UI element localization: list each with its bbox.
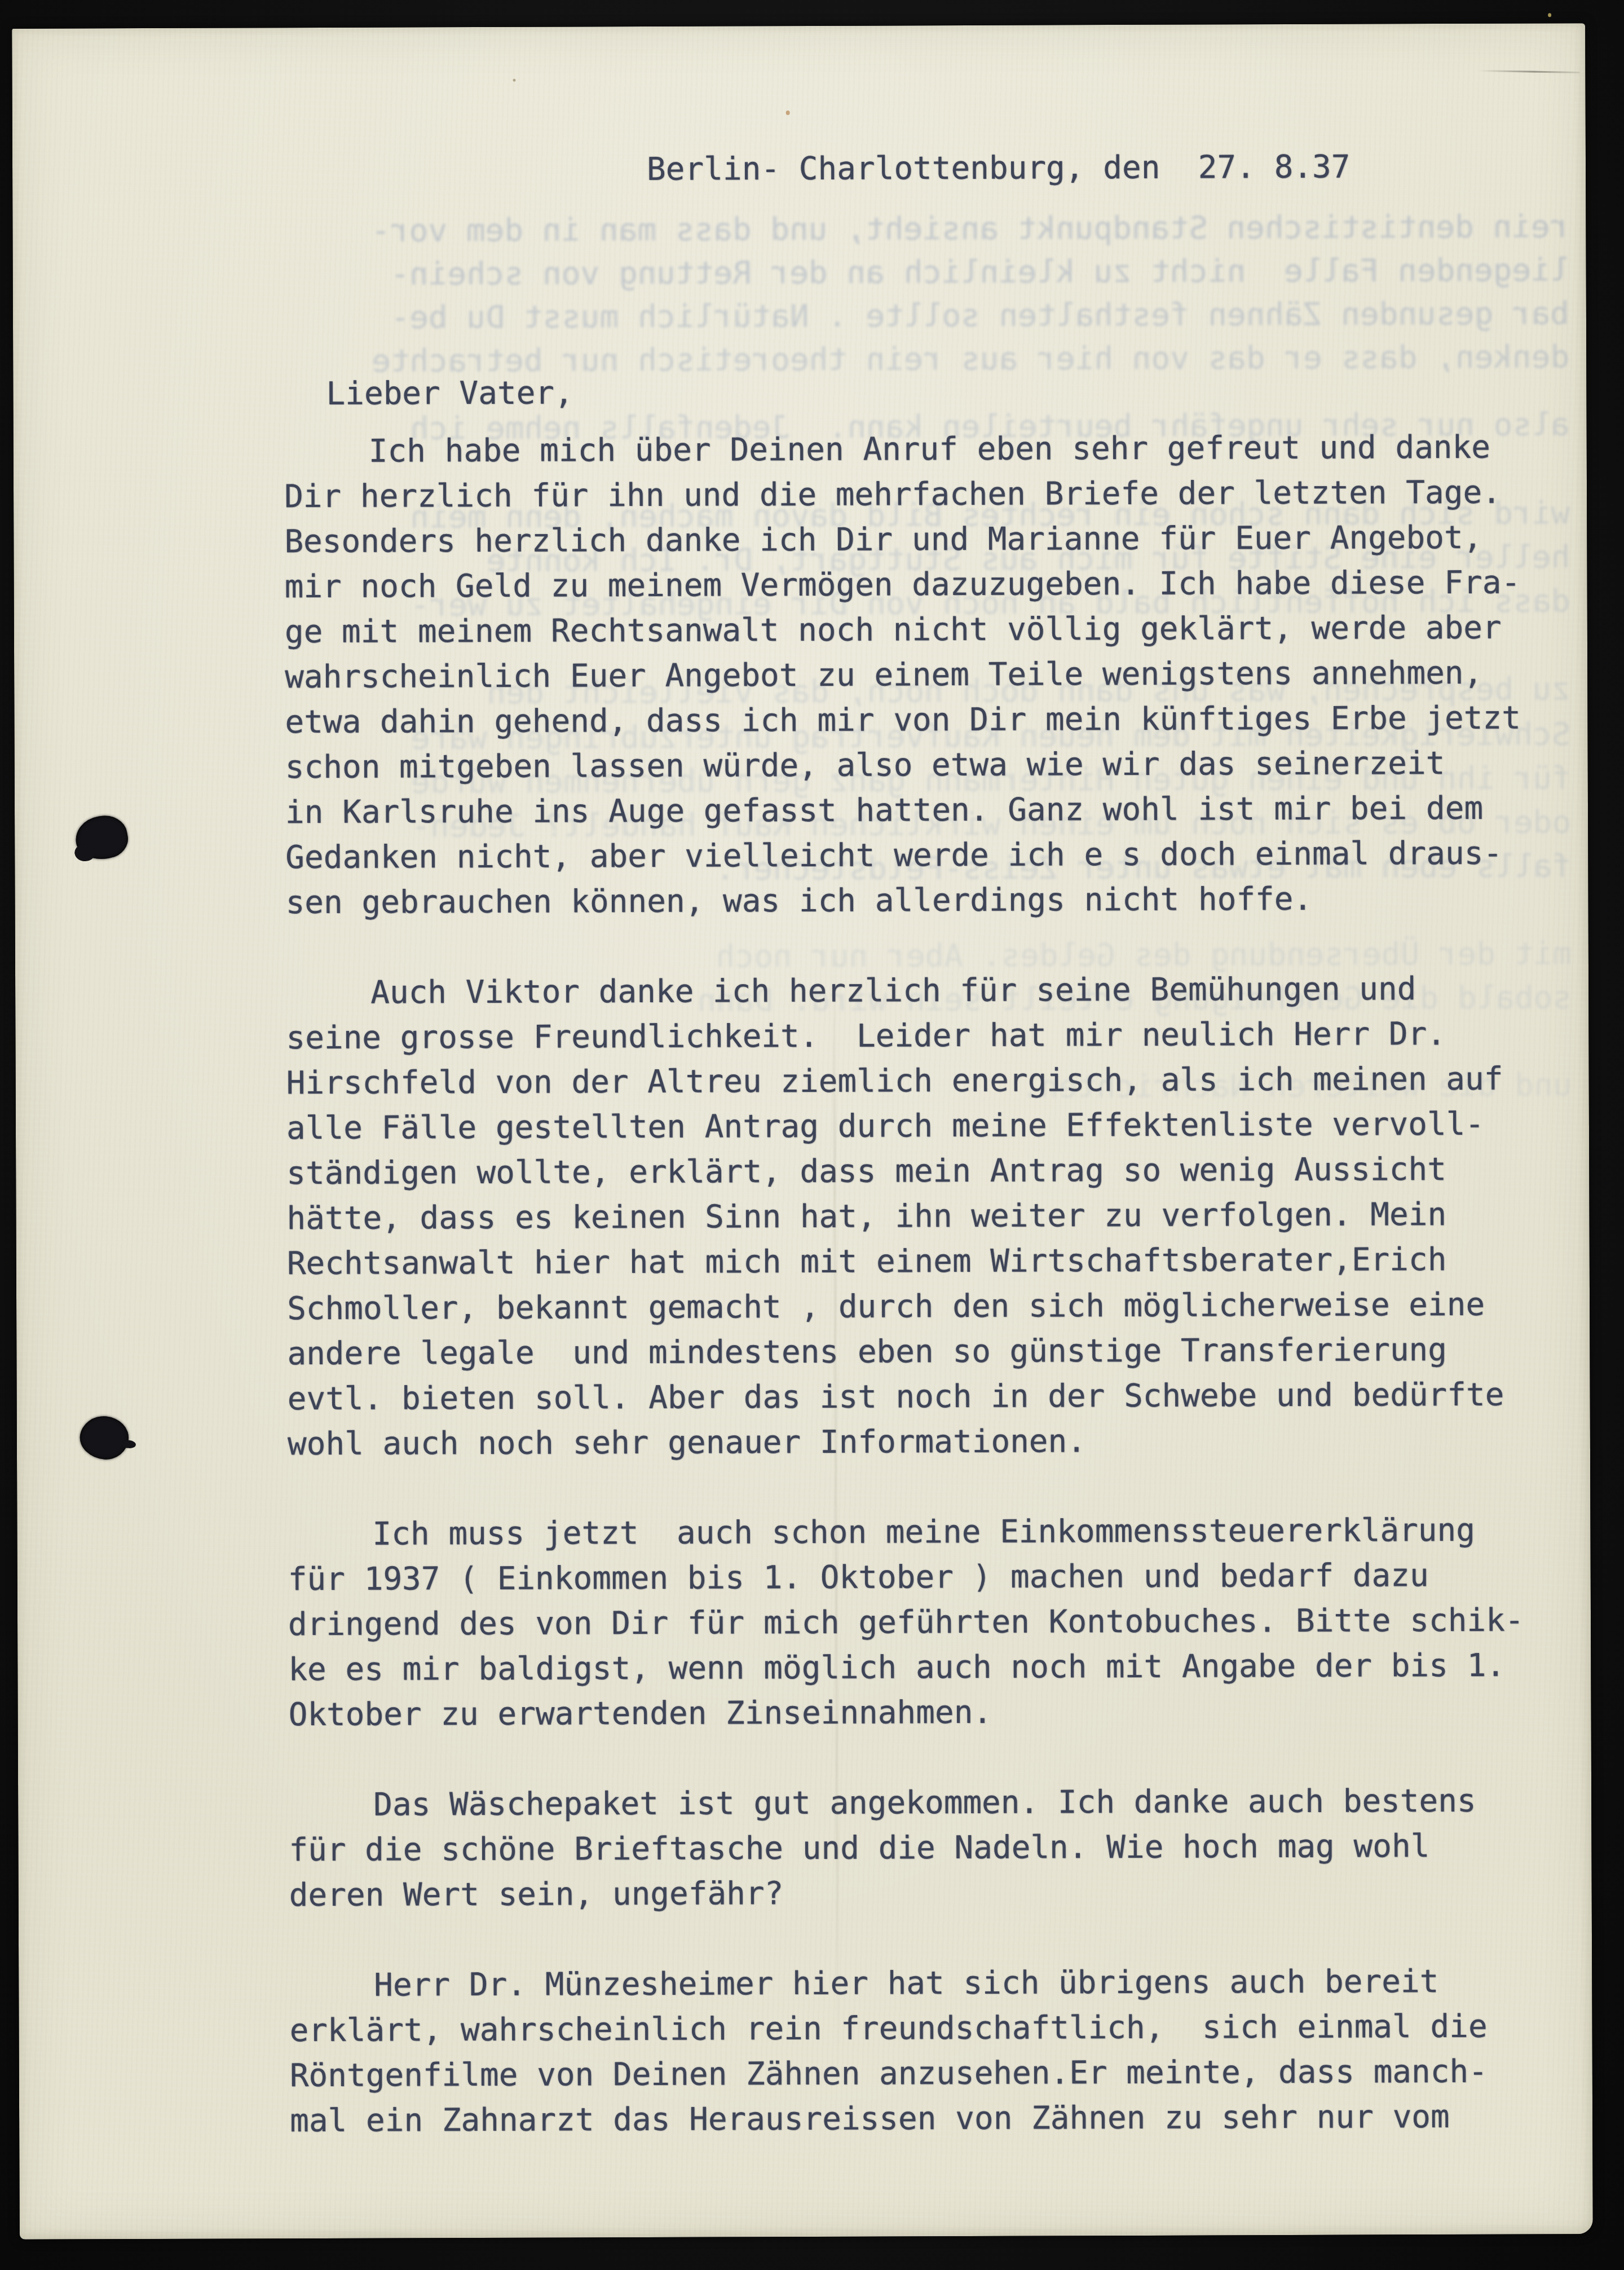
bleedthrough-line: liegenden Falle nicht zu kleinlich an de… <box>176 248 1569 298</box>
punch-hole-top <box>72 812 131 863</box>
letter-paper: rein dentistischen Standpunkt ansieht, u… <box>12 23 1593 2240</box>
bleedthrough-line: rein dentistischen Standpunkt ansieht, u… <box>176 204 1569 254</box>
scanned-letter-page: rein dentistischen Standpunkt ansieht, u… <box>0 0 1624 2270</box>
paragraph-1: Ich habe mich über Deinen Anruf eben seh… <box>284 425 1569 925</box>
scratch-mark <box>1478 70 1579 73</box>
punch-hole-bottom <box>78 1414 130 1461</box>
dateline: Berlin- Charlottenburg, den 27. 8.37 <box>647 145 1351 192</box>
paragraph-5: Herr Dr. Münzesheimer hier hat sich übri… <box>289 1959 1573 2144</box>
paragraph-2: Auch Viktor danke ich herzlich für seine… <box>286 966 1570 1467</box>
paper-speck <box>513 79 515 82</box>
paper-speck <box>1548 13 1551 17</box>
paragraph-4: Das Wäschepaket ist gut angekommen. Ich … <box>289 1778 1572 1918</box>
paper-speck <box>786 111 790 115</box>
salutation: Lieber Vater, <box>326 371 573 417</box>
bleedthrough-layer: rein dentistischen Standpunkt ansieht, u… <box>12 23 1585 29</box>
paragraph-3: Ich muss jetzt auch schon meine Einkomme… <box>288 1508 1571 1738</box>
bleedthrough-line: bar gesunden Zähnen festhalten sollte . … <box>176 291 1569 341</box>
